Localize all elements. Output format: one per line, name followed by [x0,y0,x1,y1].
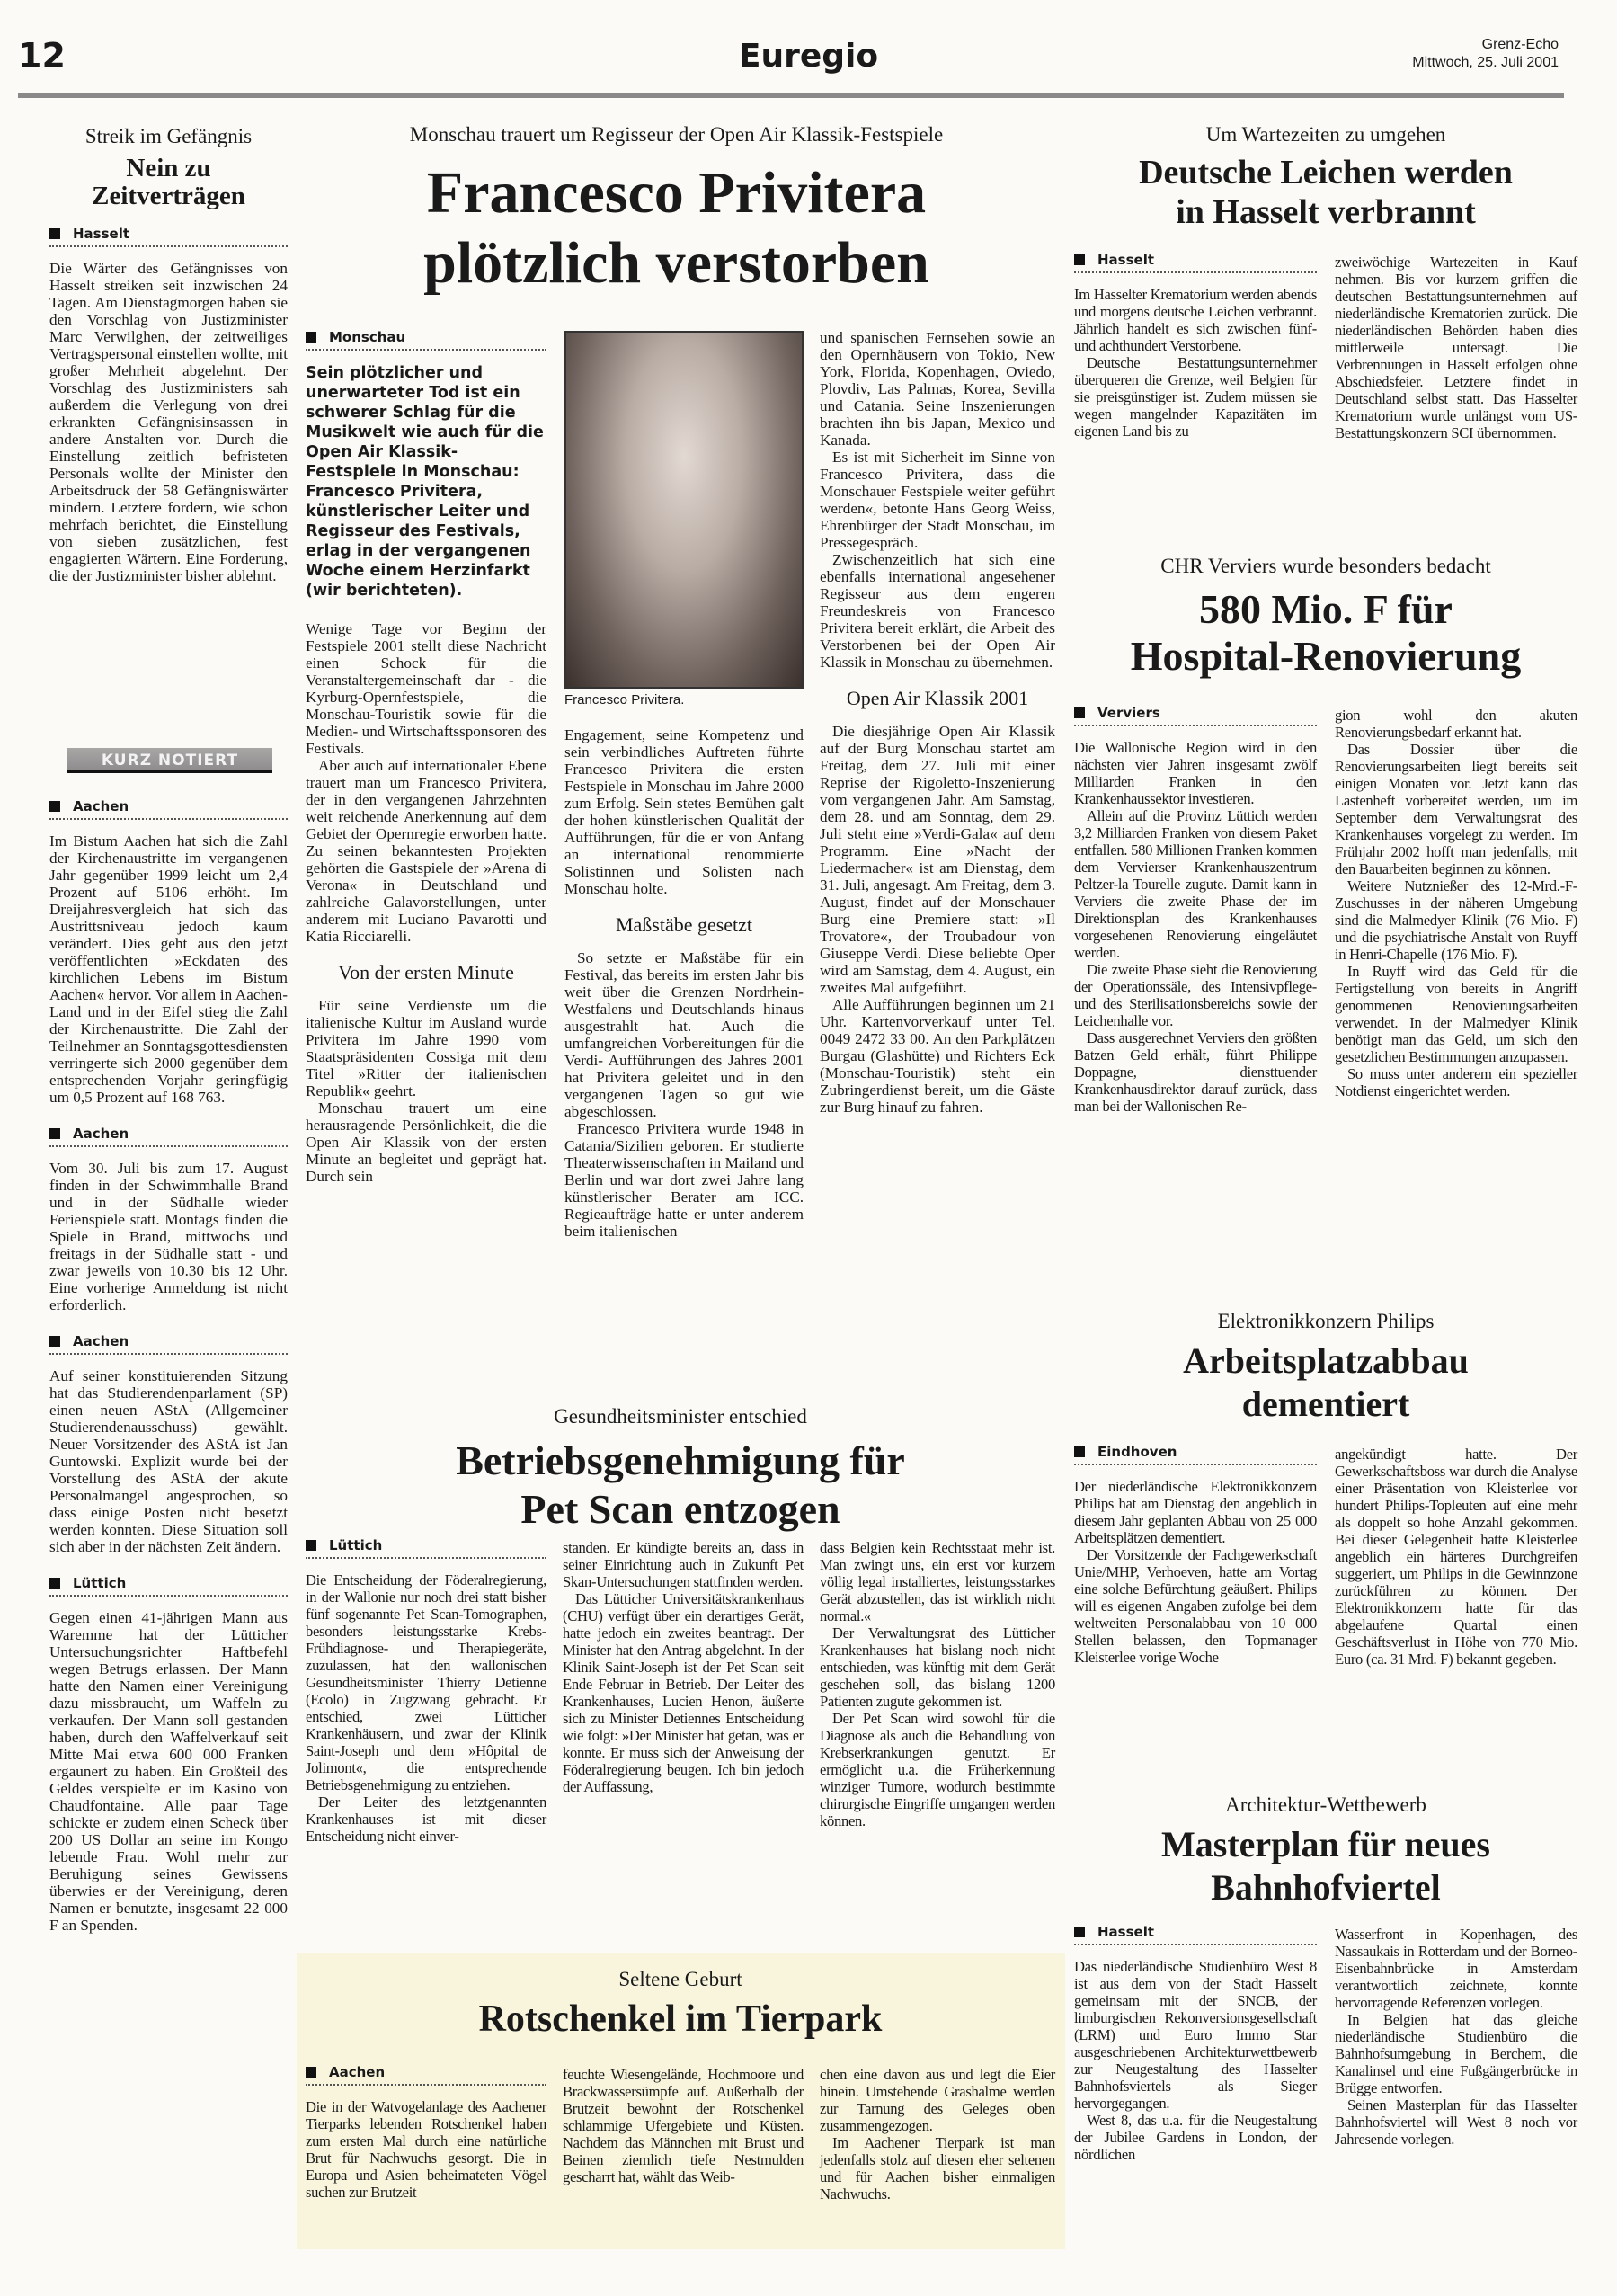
petscan-col-2: standen. Er kündigte bereits an, dass in… [563,1539,804,1795]
leichen-col-2: zweiwöchige Wartezeiten in Kauf nehmen. … [1335,254,1577,441]
bullet-square-icon [49,1336,60,1347]
kicker: Streik im Gefängnis [49,124,288,149]
article-privitera-head: Monschau trauert um Regisseur der Open A… [306,122,1047,298]
issue-date: Mittwoch, 25. Juli 2001 [1412,54,1559,72]
leichen-col-1: Hasselt Im Hasselter Krematorium werden … [1074,252,1317,440]
rotschenkel-col-3: chen eine davon aus und legt die Eier hi… [820,2066,1055,2203]
kicker: CHR Verviers wurde besonders bedacht [1070,554,1582,579]
headline: Masterplan für neues Bahnhofviertel [1070,1823,1582,1909]
kicker: Seltene Geburt [306,1967,1055,1992]
subheading: Open Air Klassik 2001 [820,687,1055,710]
news-item: Lüttich Gegen einen 41-jährigen Mann aus… [49,1575,288,1934]
photo-caption: Francesco Privitera. [564,692,804,707]
lead-paragraph: Sein plötzlicher und unerwarteter Tod is… [306,363,546,601]
article-philips: Elektronikkonzern Philips Arbeitsplatzab… [1070,1309,1582,1426]
article-leichen: Um Wartezeiten zu umgehen Deutsche Leich… [1070,122,1582,232]
dateline: Hasselt [49,226,288,247]
article-rotschenkel: Seltene Geburt Rotschenkel im Tierpark [306,1967,1055,2040]
header-rule [18,93,1564,98]
article-masterplan: Architektur-Wettbewerb Masterplan für ne… [1070,1793,1582,1909]
bullet-square-icon [1074,1446,1085,1457]
rotschenkel-col-2: feuchte Wiesengelände, Hochmoore und Bra… [563,2066,804,2185]
privitera-col-1: Monschau Sein plötzlicher und unerwartet… [306,329,546,1185]
headline: Deutsche Leichen werden in Hasselt verbr… [1070,153,1582,232]
privitera-col-3: und spanischen Fernsehen sowie an den Op… [820,329,1055,1116]
rotschenkel-col-1: Aachen Die in der Watvogelanlage des Aac… [306,2064,546,2201]
kicker: Architektur-Wettbewerb [1070,1793,1582,1818]
petscan-col-3: dass Belgien kein Rechtsstaat mehr ist. … [820,1539,1055,1829]
hospital-col-2: gion wohl den akuten Renovierungsbedarf … [1335,707,1577,1099]
headline: Rotschenkel im Tierpark [306,1999,1055,2040]
bullet-square-icon [1074,707,1085,718]
privitera-col-2: Engagement, seine Kompetenz und sein ver… [564,726,804,1240]
bullet-square-icon [49,1128,60,1139]
kurz-notiert-list: Aachen Im Bistum Aachen hat sich die Zah… [49,798,288,1934]
article-body: Die Wärter des Gefängnisses von Hasselt … [49,260,288,584]
hospital-col-1: Verviers Die Wallonische Region wird in … [1074,705,1317,1115]
kicker: Um Wartezeiten zu umgehen [1070,122,1582,147]
portrait-photo [564,331,804,689]
bullet-square-icon [306,2067,316,2078]
bullet-square-icon [306,332,316,343]
kurz-notiert-badge: KURZ NOTIERT [67,748,292,773]
philips-col-1: Eindhoven Der niederländische Elektronik… [1074,1444,1317,1666]
article-streik: Streik im Gefängnis Nein zu Zeitverträge… [49,124,288,584]
kicker: Gesundheitsminister entschied [306,1404,1055,1429]
bullet-square-icon [49,1578,60,1589]
kicker: Monschau trauert um Regisseur der Open A… [306,122,1047,147]
bullet-square-icon [49,228,60,239]
subheading: Von der ersten Minute [306,961,546,984]
section-title: Euregio [0,38,1617,75]
article-hospital: CHR Verviers wurde besonders bedacht 580… [1070,554,1582,680]
bullet-square-icon [306,1540,316,1551]
news-item: Aachen Im Bistum Aachen hat sich die Zah… [49,798,288,1106]
kicker: Elektronikkonzern Philips [1070,1309,1582,1334]
article-petscan: Gesundheitsminister entschied Betriebsge… [306,1404,1055,1534]
bullet-square-icon [1074,1927,1085,1937]
headline: Nein zu Zeitverträgen [49,155,288,211]
news-item: Aachen Auf seiner konstituierenden Sitzu… [49,1333,288,1555]
philips-col-2: angekündigt hatte. Der Gewerkschaftsboss… [1335,1446,1577,1668]
headline: Arbeitsplatzabbau dementiert [1070,1339,1582,1426]
headline: Betriebsgenehmigung für Pet Scan entzoge… [306,1437,1055,1534]
headline: 580 Mio. F für Hospital-Renovierung [1070,586,1582,680]
masterplan-col-1: Hasselt Das niederländische Studienbüro … [1074,1924,1317,2163]
masterplan-col-2: Wasserfront in Kopenhagen, des Nassaukai… [1335,1926,1577,2148]
paper-name: Grenz-Echo [1412,36,1559,54]
news-item: Aachen Vom 30. Juli bis zum 17. August f… [49,1126,288,1313]
headline: Francesco Privitera plötzlich verstorben [306,158,1047,298]
bullet-square-icon [49,801,60,812]
bullet-square-icon [1074,254,1085,265]
petscan-col-1: Lüttich Die Entscheidung der Föderalregi… [306,1537,546,1845]
subheading: Maßstäbe gesetzt [564,913,804,937]
masthead-info: Grenz-Echo Mittwoch, 25. Juli 2001 [1412,36,1559,72]
